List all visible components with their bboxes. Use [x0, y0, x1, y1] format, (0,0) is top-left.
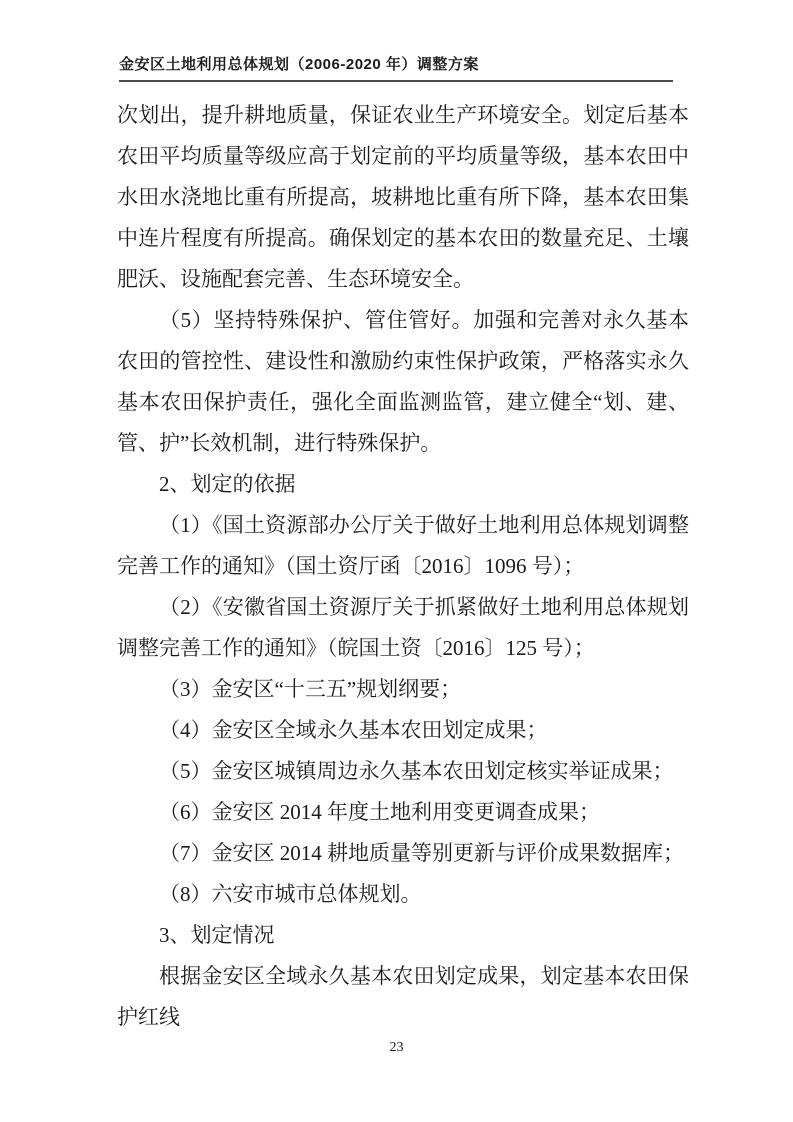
body-paragraph: （3）金安区“十三五”规划纲要；: [117, 669, 689, 710]
body-paragraph: （4）金安区全域永久基本农田划定成果；: [117, 710, 689, 751]
body-paragraph: （5）金安区城镇周边永久基本农田划定核实举证成果；: [117, 751, 689, 792]
body-paragraph: （1）《国土资源部办公厅关于做好土地利用总体规划调整完善工作的通知》（国土资厅函…: [117, 505, 689, 587]
document-body: 次划出，提升耕地质量，保证农业生产环境安全。划定后基本农田平均质量等级应高于划定…: [117, 95, 689, 1038]
body-paragraph: （8）六安市城市总体规划。: [117, 874, 689, 915]
body-paragraph: 根据金安区全域永久基本农田划定成果，划定基本农田保护红线: [117, 956, 689, 1038]
header-title: 金安区土地利用总体规划（2006-2020 年）调整方案: [119, 53, 673, 74]
page-number: 23: [390, 1040, 404, 1055]
body-paragraph: （6）金安区 2014 年度土地利用变更调查成果；: [117, 792, 689, 833]
page-header: 金安区土地利用总体规划（2006-2020 年）调整方案: [119, 53, 673, 82]
page-footer: 23: [0, 1038, 793, 1056]
section-heading: 2、划定的依据: [117, 464, 689, 505]
body-paragraph: 次划出，提升耕地质量，保证农业生产环境安全。划定后基本农田平均质量等级应高于划定…: [117, 95, 689, 300]
body-paragraph: （2）《安徽省国土资源厅关于抓紧做好土地利用总体规划调整完善工作的通知》（皖国土…: [117, 587, 689, 669]
document-page: 金安区土地利用总体规划（2006-2020 年）调整方案 次划出，提升耕地质量，…: [0, 0, 793, 1122]
body-paragraph: （5）坚持特殊保护、管住管好。加强和完善对永久基本农田的管控性、建设性和激励约束…: [117, 300, 689, 464]
section-heading: 3、划定情况: [117, 915, 689, 956]
body-paragraph: （7）金安区 2014 耕地质量等别更新与评价成果数据库；: [117, 833, 689, 874]
